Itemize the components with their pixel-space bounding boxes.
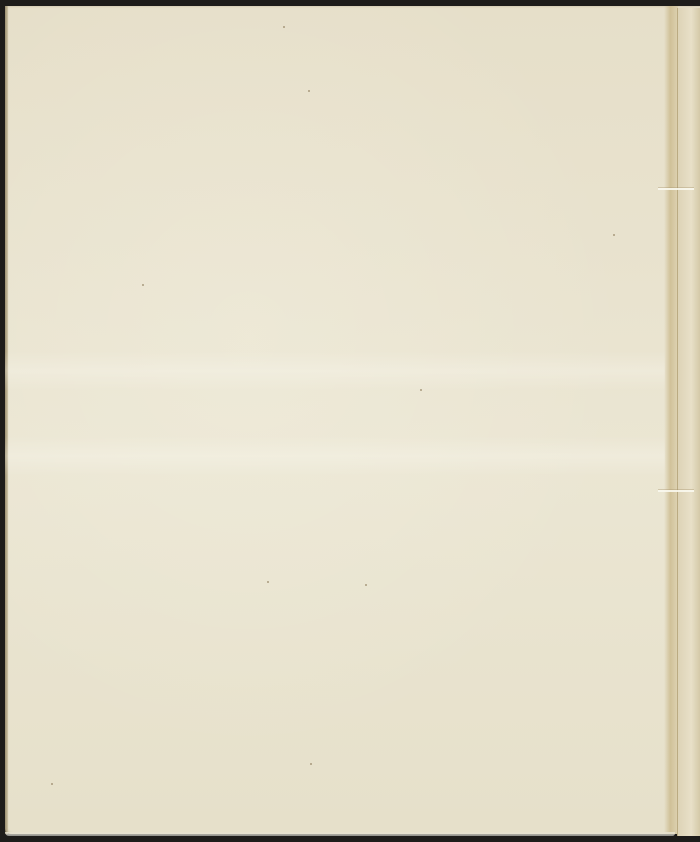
binding-gutter-shadow — [664, 6, 678, 834]
paper-speck — [613, 234, 615, 236]
page-bottom-curl — [5, 832, 675, 836]
binding-stitch-mark — [658, 188, 694, 190]
paper-speck — [308, 90, 310, 92]
binding-stitch-mark — [658, 490, 694, 492]
binding-stub — [677, 8, 700, 836]
paper-speck — [267, 581, 269, 583]
paper-speck — [365, 584, 367, 586]
blank-book-page — [5, 6, 700, 834]
paper-speck — [420, 389, 422, 391]
paper-speck — [310, 763, 312, 765]
paper-speck — [283, 26, 285, 28]
page-left-edge — [5, 6, 8, 834]
paper-fold-highlight — [5, 351, 665, 391]
scanned-page-viewport — [0, 0, 700, 842]
paper-speck — [142, 284, 144, 286]
paper-speck — [51, 783, 53, 785]
paper-fold-highlight — [5, 436, 665, 476]
